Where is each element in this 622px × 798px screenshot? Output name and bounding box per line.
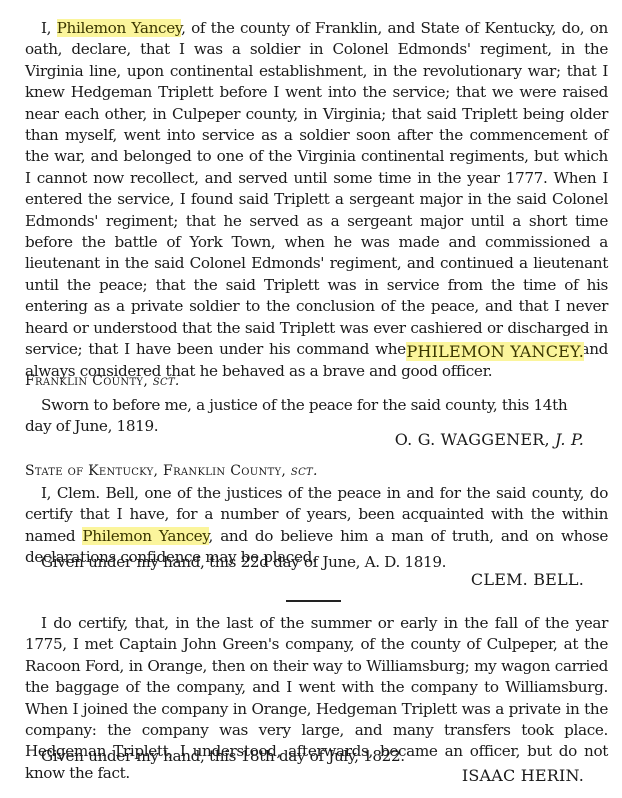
- jurat-line-2: day of June, 1819.: [25, 417, 158, 435]
- waggener-title: J. P.: [555, 430, 584, 449]
- certificate-heading-text: State of Kentucky, Franklin County,: [25, 463, 286, 479]
- highlighted-name: Philemon Yancey: [57, 19, 181, 37]
- certificate-heading: State of Kentucky, Franklin County, sct.: [25, 463, 318, 479]
- section-divider: [286, 600, 341, 602]
- deposition-text-body: , of the county of Franklin, and State o…: [25, 19, 608, 380]
- jurat-line-1: Sworn to before me, a justice of the pea…: [41, 396, 567, 414]
- certificate-heading-sct: sct.: [291, 463, 318, 479]
- document-page: I, Philemon Yancey, of the county of Fra…: [0, 0, 622, 798]
- bell-signature: CLEM. BELL.: [471, 570, 584, 589]
- yancey-deposition: I, Philemon Yancey, of the county of Fra…: [25, 18, 608, 382]
- herin-signature: ISAAC HERIN.: [462, 766, 584, 785]
- jurat-heading: Franklin County, sct.: [25, 373, 180, 389]
- waggener-name: O. G. WAGGENER,: [395, 430, 550, 449]
- waggener-signature: O. G. WAGGENER, J. P.: [395, 430, 584, 449]
- highlighted-signature: PHILEMON YANCEY.: [406, 342, 584, 361]
- yancey-signature: PHILEMON YANCEY.: [406, 342, 584, 361]
- bell-given-line: Given under my hand, this 22d day of Jun…: [41, 553, 446, 571]
- deposition-text-start: I,: [41, 19, 57, 37]
- jurat-heading-text: Franklin County,: [25, 373, 148, 389]
- jurat-heading-sct: sct.: [153, 373, 180, 389]
- highlighted-name: Philemon Yancey: [82, 527, 208, 545]
- herin-given-line: Given under my hand, this 18th day of Ju…: [41, 747, 405, 765]
